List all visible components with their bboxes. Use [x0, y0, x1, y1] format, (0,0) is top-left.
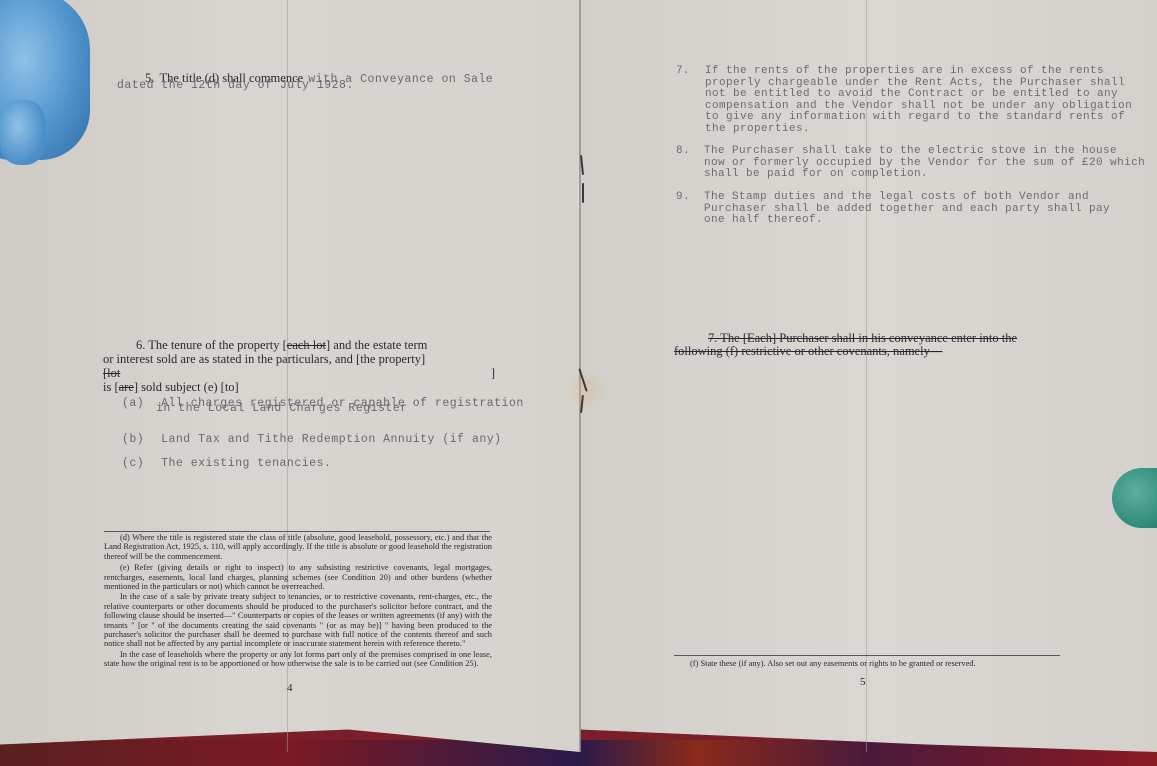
page-number: 5 — [860, 676, 866, 688]
staple-icon — [582, 183, 584, 203]
clause-line: The Stamp duties and the legal costs of … — [704, 192, 1156, 204]
footnote-rule — [104, 531, 490, 532]
item-label: (a) — [122, 398, 156, 410]
footnote-f: (f) State these (if any). Also set out a… — [690, 659, 976, 668]
item-label: (c) — [122, 458, 156, 470]
clause-number: 8. — [676, 146, 690, 158]
footnote-leaseholds: In the case of leaseholds where the prop… — [104, 650, 492, 669]
footnote-rule — [674, 655, 1060, 656]
struck-clause-7-line2: following (f) restrictive or other coven… — [674, 344, 942, 358]
item-text: Land Tax and Tithe Redemption Annuity (i… — [161, 433, 501, 446]
bracket: ] — [491, 366, 495, 380]
clause-9-typed: 9. The Stamp duties and the legal costs … — [676, 192, 1156, 227]
page-number: 4 — [287, 682, 293, 694]
clause-6-text: ] and the estate term — [326, 338, 427, 352]
clause-line: shall be paid for on completion. — [704, 169, 1156, 181]
clause-8-typed: 8. The Purchaser shall take to the elect… — [676, 146, 1156, 181]
footnote-d: (d) Where the title is registered state … — [104, 533, 492, 561]
item-text: The existing tenancies. — [161, 457, 331, 470]
struck-text: each lot — [287, 338, 326, 352]
clause-6: 6. The tenure of the property [each lot]… — [103, 338, 498, 394]
clause-6-text: or interest sold are as stated in the pa… — [103, 352, 498, 366]
footnote-private-treaty: In the case of a sale by private treaty … — [104, 592, 492, 648]
sub-item-c: (c) The existing tenancies. — [122, 451, 331, 470]
gloved-finger-left — [0, 100, 45, 165]
clause-line: to give any information with regard to t… — [705, 112, 1156, 124]
item-text: in the Local Land Charges Register — [156, 403, 408, 415]
item-label: (b) — [122, 434, 156, 446]
sub-item-b: (b) Land Tax and Tithe Redemption Annuit… — [122, 427, 502, 446]
clause-line: the properties. — [705, 124, 1156, 136]
clause-line: If the rents of the properties are in ex… — [705, 66, 1156, 78]
struck-clause-7: 7. The [Each] Purchaser shall in his con… — [708, 331, 1017, 345]
clause-line: The Purchaser shall take to the electric… — [704, 146, 1156, 158]
clause-line: one half thereof. — [704, 215, 1156, 227]
clause-6-text: 6. The tenure of the property [ — [136, 338, 287, 352]
clause-line: not be entitled to avoid the Contract or… — [705, 89, 1156, 101]
struck-text: [lot — [103, 366, 120, 380]
clause-5-typed-text-line2: dated the 12th day of July 1928. — [117, 80, 354, 92]
clause-number: 9. — [676, 192, 690, 204]
footnote-e: (e) Refer (giving details or right to in… — [104, 563, 492, 591]
clause-number: 7. — [676, 66, 690, 78]
clause-7-typed: 7. If the rents of the properties are in… — [676, 66, 1156, 135]
footnotes-left: (d) Where the title is registered state … — [104, 533, 492, 669]
clause-6-text: is [ — [103, 380, 119, 394]
